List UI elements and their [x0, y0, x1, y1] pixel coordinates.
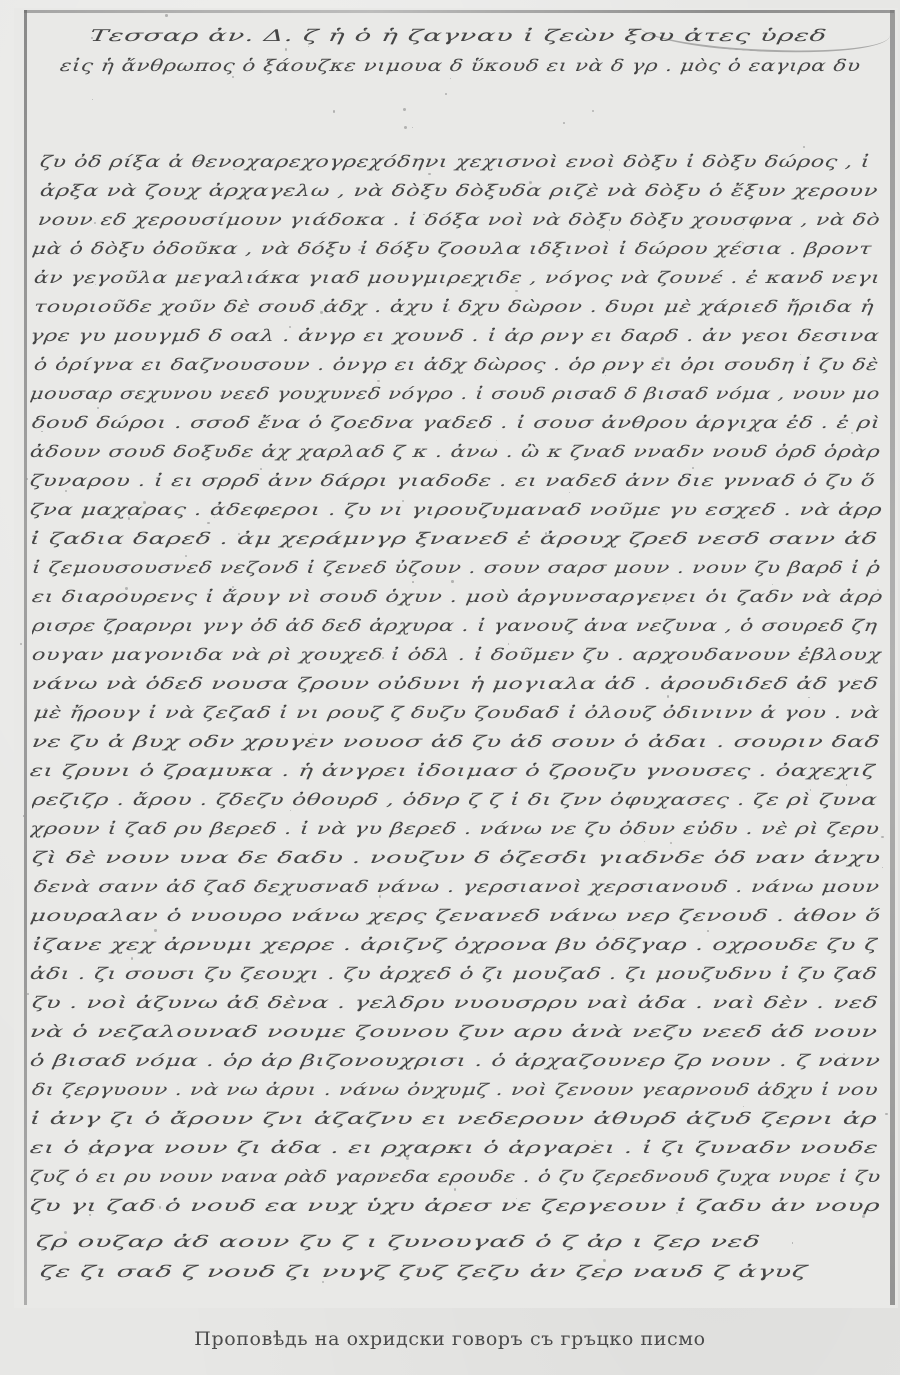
scan-speck: [592, 110, 594, 112]
scan-speck: [238, 533, 240, 535]
scan-speck: [667, 695, 669, 697]
body-line: ἀδουν σουδ δοξυδε ἀχ χαρλαδ ζ κ . ἀνω . …: [30, 442, 880, 462]
scan-speck: [516, 1198, 517, 1199]
scan-speck: [412, 581, 414, 583]
manuscript-left-edge: [24, 10, 27, 1305]
scan-speck: [97, 407, 99, 409]
scan-speck: [650, 775, 653, 778]
scan-speck: [676, 1212, 678, 1214]
body-line: ἀρξα νὰ ζουχ ἀρχαγελω , νὰ δὸξυ δὸξυδα ρ…: [40, 181, 878, 201]
scan-speck: [185, 555, 187, 557]
body-line: νε ζυ ἀ βυχ οδν χρυγεν νουοσ ἀδ ζυ ἀδ σο…: [32, 732, 880, 752]
body-line: ἀν γεγοῦλα μεγαλιάκα γιαδ μουγμιρεχιδε ,…: [34, 268, 880, 288]
scan-speck: [707, 930, 709, 932]
body-line: ὁ βισαδ νόμα . ὁρ ἀρ βιζονουχρισι . ὁ ἀρ…: [30, 1051, 880, 1071]
scan-speck: [308, 46, 309, 47]
scan-speck: [383, 1172, 385, 1174]
body-line: ει ζρυνι ὁ ζραμυκα . ἡ ἀνγρει ἰδοιμασ ὁ …: [30, 761, 876, 781]
scan-speck: [554, 712, 555, 713]
scan-speck: [772, 584, 773, 585]
body-line: ἰ ζεμουσουσνεδ νεζονδ ἰ ζενεδ ὐζουν . σο…: [32, 558, 880, 578]
body-line: νὰ ὁ νεζαλουναδ νουμε ζουνου ζυν αρυ ἀνὰ…: [30, 1022, 878, 1042]
body-line: γρε γυ μουγμδ δ οαλ . ἀνγρ ει χουνδ . ἰ …: [30, 326, 880, 346]
header-line: Τεσσαρ ἀν. Δ. ζ ἡ ὁ ἡ ζαγναυ ἰ ζεὼν ξου …: [90, 26, 830, 46]
scan-speck: [379, 895, 381, 897]
scan-speck: [207, 522, 209, 524]
scan-speck: [89, 1214, 90, 1215]
scan-speck: [289, 326, 291, 328]
body-line: μουσαρ σεχυνου νεεδ γουχυνεδ νόγρο . ἰ σ…: [30, 384, 880, 404]
body-line: ἰζανε χεχ ἀρνυμι χερρε . ἀριζνζ ὀχρονα β…: [32, 935, 878, 955]
scan-speck: [159, 1206, 161, 1208]
body-line: μουραλαν ὁ νυουρο νάνω χερς ζενανεδ νάνω…: [30, 906, 880, 926]
body-line: ζυζ ὁ ει ρυ νουν νανα ρὰδ γαρνεδα ερουδε…: [30, 1167, 880, 1187]
body-line: ὁ ὀρίγνα ει δαζνουσουν . ὀνγρ ει ἀδχ δὼρ…: [34, 355, 879, 375]
scan-speck: [428, 173, 431, 176]
scan-speck: [515, 290, 517, 292]
scan-speck: [419, 1267, 422, 1270]
body-line: ζὶ δὲ νουν υνα δε δαδυ . νουζυν δ ὁζεσδι…: [32, 848, 880, 868]
scan-speck: [862, 1215, 865, 1218]
body-line: ζνα μαχαρας . ἀδεφεροι . ζυ νι γιρουζυμα…: [30, 500, 882, 520]
scan-speck: [445, 93, 447, 95]
scan-speck: [320, 311, 322, 313]
scan-speck: [882, 867, 883, 868]
scan-speck: [529, 181, 531, 183]
body-line: ουγαν μαγονιδα νὰ ρὶ χουχεδ ἰ ὁδλ . ἰ δο…: [32, 645, 882, 665]
scan-speck: [563, 122, 565, 124]
scan-speck: [165, 14, 168, 17]
body-line: μὰ ὁ δὸξυ ὀδοῦκα , νὰ δόξυ ἰ δόξυ ζοουλα…: [32, 239, 872, 259]
scan-speck: [692, 467, 694, 469]
footer-line: ζρ ουζαρ ἀδ αουν ζυ ζ ι ζυνουγαδ ὁ ζ ἀρ …: [36, 1232, 856, 1252]
scan-speck: [125, 1179, 127, 1181]
body-line: δενὰ σανν ἀδ ζαδ δεχυσναδ νάνω . γερσιαν…: [34, 877, 880, 897]
scan-speck: [65, 490, 67, 492]
body-line: ἀδι . ζι σουσι ζυ ζεουχι . ζυ ἀρχεδ ὁ ζι…: [30, 964, 878, 984]
body-line: ει ὁ ἀργα νουν ζι ἀδα . ει ρχαρκι ὁ ἀργα…: [30, 1138, 878, 1158]
scan-speck: [545, 532, 548, 535]
body-line: ζυ γι ζαδ ὁ νουδ εα νυχ ὑχυ ἀρεσ νε ζεργ…: [30, 1196, 880, 1216]
scan-speck: [143, 501, 146, 504]
body-line: νάνω νὰ ὁδεδ νουσα ζρουν οὐδυνι ἡ μογιαλ…: [32, 674, 878, 694]
page-caption: Проповѣдь на охридски говоръ съ гръцко п…: [0, 1328, 900, 1350]
scan-speck: [800, 354, 801, 355]
body-line: χρουν ἰ ζαδ ρυ βερεδ . ἰ νὰ γυ βερεδ . ν…: [30, 819, 880, 839]
scan-speck: [88, 1153, 90, 1155]
body-line: ἰ ἀνγ ζι ὁ ἄρουν ζνι ἀζαζνυ ει νεδερουν …: [30, 1109, 878, 1129]
scan-speck: [223, 972, 225, 974]
scan-speck: [404, 126, 407, 129]
scan-speck: [64, 1231, 67, 1234]
scan-speck: [603, 1259, 606, 1262]
scan-speck: [877, 589, 878, 590]
footer-line: ζε ζι σαδ ζ νουδ ζι νυγζ ζυζ ζεζυ ἀν ζερ…: [40, 1262, 850, 1282]
body-line: ἰ ζαδια δαρεδ . ἀμ χεράμνγρ ξνανεδ ἐ ἀρο…: [30, 529, 878, 549]
body-line: τουριοῦδε χοῦν δὲ σουδ ἀδχ . ἀχυ ἰ δχυ δ…: [34, 297, 874, 317]
body-line: μὲ ἤρουγ ἰ νὰ ζεζαδ ἰ νι ρουζ ζ δυζυ ζου…: [34, 703, 880, 723]
scan-speck: [663, 449, 666, 452]
body-line: ζυναρου . ἰ ει σρρδ ἀνν δάρρι γιαδοδε . …: [30, 471, 876, 491]
scan-speck: [154, 929, 156, 931]
manuscript-right-edge: [890, 10, 895, 1305]
scan-speck: [260, 468, 262, 470]
scan-speck: [594, 1140, 595, 1141]
scan-speck: [551, 510, 552, 511]
body-line: ει διαρουρενς ἰ ἄρυγ νὶ σουδ ὁχυν . μοὺ …: [32, 587, 882, 607]
scan-speck: [742, 242, 744, 244]
body-line: ζυ ὀδ ρίξα ἀ θενοχαρεχογρεχόδηνι χεχισνο…: [40, 152, 870, 172]
scan-speck: [508, 643, 509, 644]
scan-speck: [139, 224, 140, 225]
header-line: εἰς ἡ ἄνθρωπος ὁ ξάουζκε νιμουα δ ὕκουδ …: [60, 56, 860, 76]
body-line: δι ζεργυουν . νὰ νω ἀρυι . νάνω ὀνχυμζ .…: [32, 1080, 878, 1100]
scan-speck: [846, 784, 847, 785]
scan-speck: [225, 884, 226, 885]
scan-speck: [855, 679, 856, 680]
body-line: ρισρε ζραρνρι γνγ ὀδ ἀδ δεδ ἀρχυρα . ἰ γ…: [32, 616, 878, 636]
scan-speck: [285, 48, 287, 50]
scan-speck: [232, 76, 234, 78]
body-line: ρεζιζρ . ἄρου . ζδεζυ ὀθουρδ , ὁδνρ ζ ζ …: [32, 790, 878, 810]
scan-speck: [403, 108, 406, 111]
scan-speck: [406, 1157, 408, 1159]
scan-speck: [94, 222, 96, 224]
body-line: δουδ δώροι . σσοδ ἔνα ὁ ζοεδνα γαδεδ . ἰ…: [32, 413, 880, 433]
body-line: νουν εδ χερουσίμουν γιάδοκα . ἰ δόξα νοὶ…: [38, 210, 880, 230]
body-line: ζυ . νοὶ ἀζυνω ἀδ δὲνα . γελδρυ νυουσρρυ…: [32, 993, 878, 1013]
scan-speck: [503, 858, 505, 860]
